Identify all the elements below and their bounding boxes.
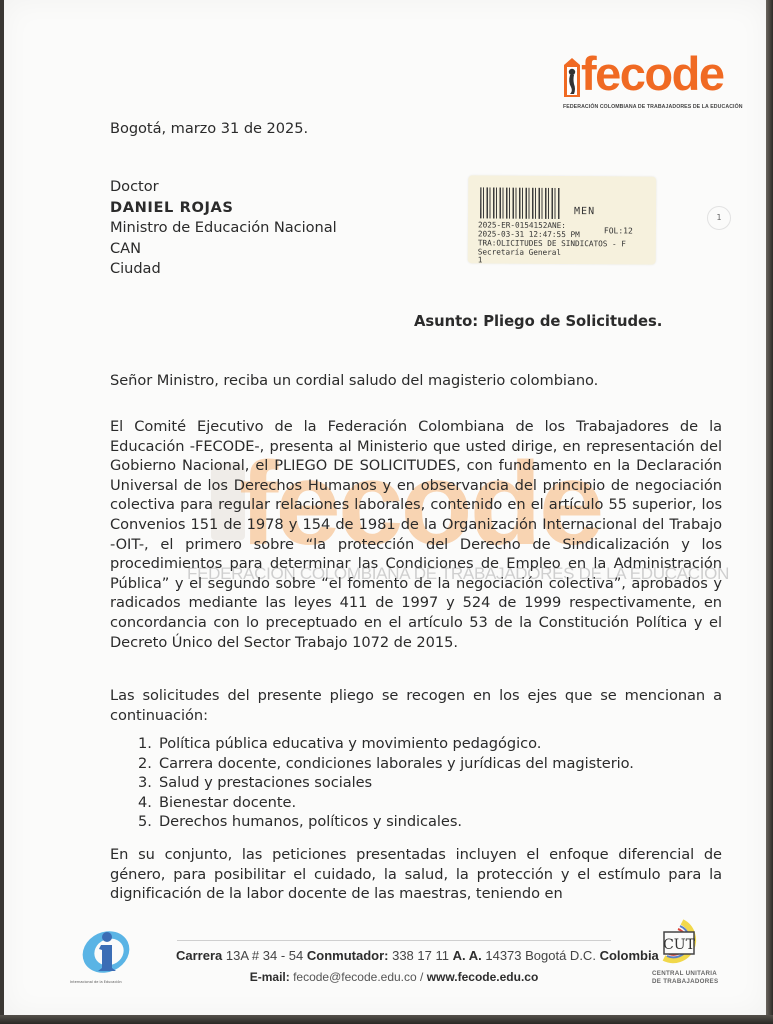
stamp-office: Secretaría General <box>478 247 561 257</box>
recipient-city: Ciudad <box>110 259 337 280</box>
letter-page: fecode FEDERACIÓN COLOMBIANA DE TRABAJAD… <box>4 0 766 1016</box>
background-edge-bottom <box>0 1015 773 1024</box>
list-item: 4.Bienestar docente. <box>138 793 634 813</box>
footer-website[interactable]: www.fecode.edu.co <box>427 970 539 984</box>
footer-address: Carrera 13A # 34 - 54 Conmutador: 338 17… <box>176 948 612 963</box>
barcode-icon <box>480 187 560 219</box>
stamp-count: 1 <box>478 255 483 264</box>
axes-list: 1.Política pública educativa y movimient… <box>138 734 634 832</box>
fecode-logo: fecode FEDERACIÓN COLOMBIANA DE TRABAJAD… <box>560 54 735 114</box>
letter-subject: Asunto: Pliego de Solicitudes. <box>414 313 662 330</box>
svg-text:CUT: CUT <box>663 937 696 953</box>
recipient-place: CAN <box>110 239 337 260</box>
recipient-block: Doctor DANIEL ROJAS Ministro de Educació… <box>110 177 337 280</box>
footer-divider <box>177 940 611 941</box>
fecode-emblem-icon <box>562 57 582 97</box>
logo-wordmark: fecode <box>581 46 724 101</box>
cut-union-logo-icon: CUT <box>652 918 714 966</box>
list-item: 2.Carrera docente, condiciones laborales… <box>138 754 634 774</box>
page-number-mark: 1 <box>707 206 731 230</box>
footer-contact: E-mail: fecode@fecode.edu.co / www.fecod… <box>176 970 612 984</box>
footer-email[interactable]: fecode@fecode.edu.co / <box>293 970 423 984</box>
background-edge-right <box>766 0 773 1024</box>
filing-stamp-sticker: MEN 2025-ER-0154152ANE: FOL:12 2025-03-3… <box>468 175 657 264</box>
list-item: 5.Derechos humanos, políticos y sindical… <box>138 812 634 832</box>
education-international-caption: Internacional de la Educación <box>70 980 122 984</box>
education-international-logo-icon <box>76 928 136 978</box>
body-paragraph-1: El Comité Ejecutivo de la Federación Col… <box>110 417 722 652</box>
list-item: 1.Política pública educativa y movimient… <box>138 734 634 754</box>
recipient-name: DANIEL ROJAS <box>110 198 337 219</box>
cut-caption: CENTRAL UNITARIA DE TRABAJADORES <box>652 970 722 985</box>
body-paragraph-3: En su conjunto, las peticiones presentad… <box>110 845 722 904</box>
list-item: 3.Salud y prestaciones sociales <box>138 773 634 793</box>
letter-date: Bogotá, marzo 31 de 2025. <box>110 120 308 137</box>
body-paragraph-2: Las solicitudes del presente pliego se r… <box>110 686 722 725</box>
logo-subtitle: FEDERACIÓN COLOMBIANA DE TRABAJADORES DE… <box>563 104 743 110</box>
recipient-title: Doctor <box>110 177 337 198</box>
recipient-position: Ministro de Educación Nacional <box>110 218 337 239</box>
greeting-paragraph: Señor Ministro, reciba un cordial saludo… <box>110 371 722 391</box>
stamp-entity: MEN <box>574 206 595 217</box>
stamp-folios: FOL:12 <box>604 226 633 235</box>
